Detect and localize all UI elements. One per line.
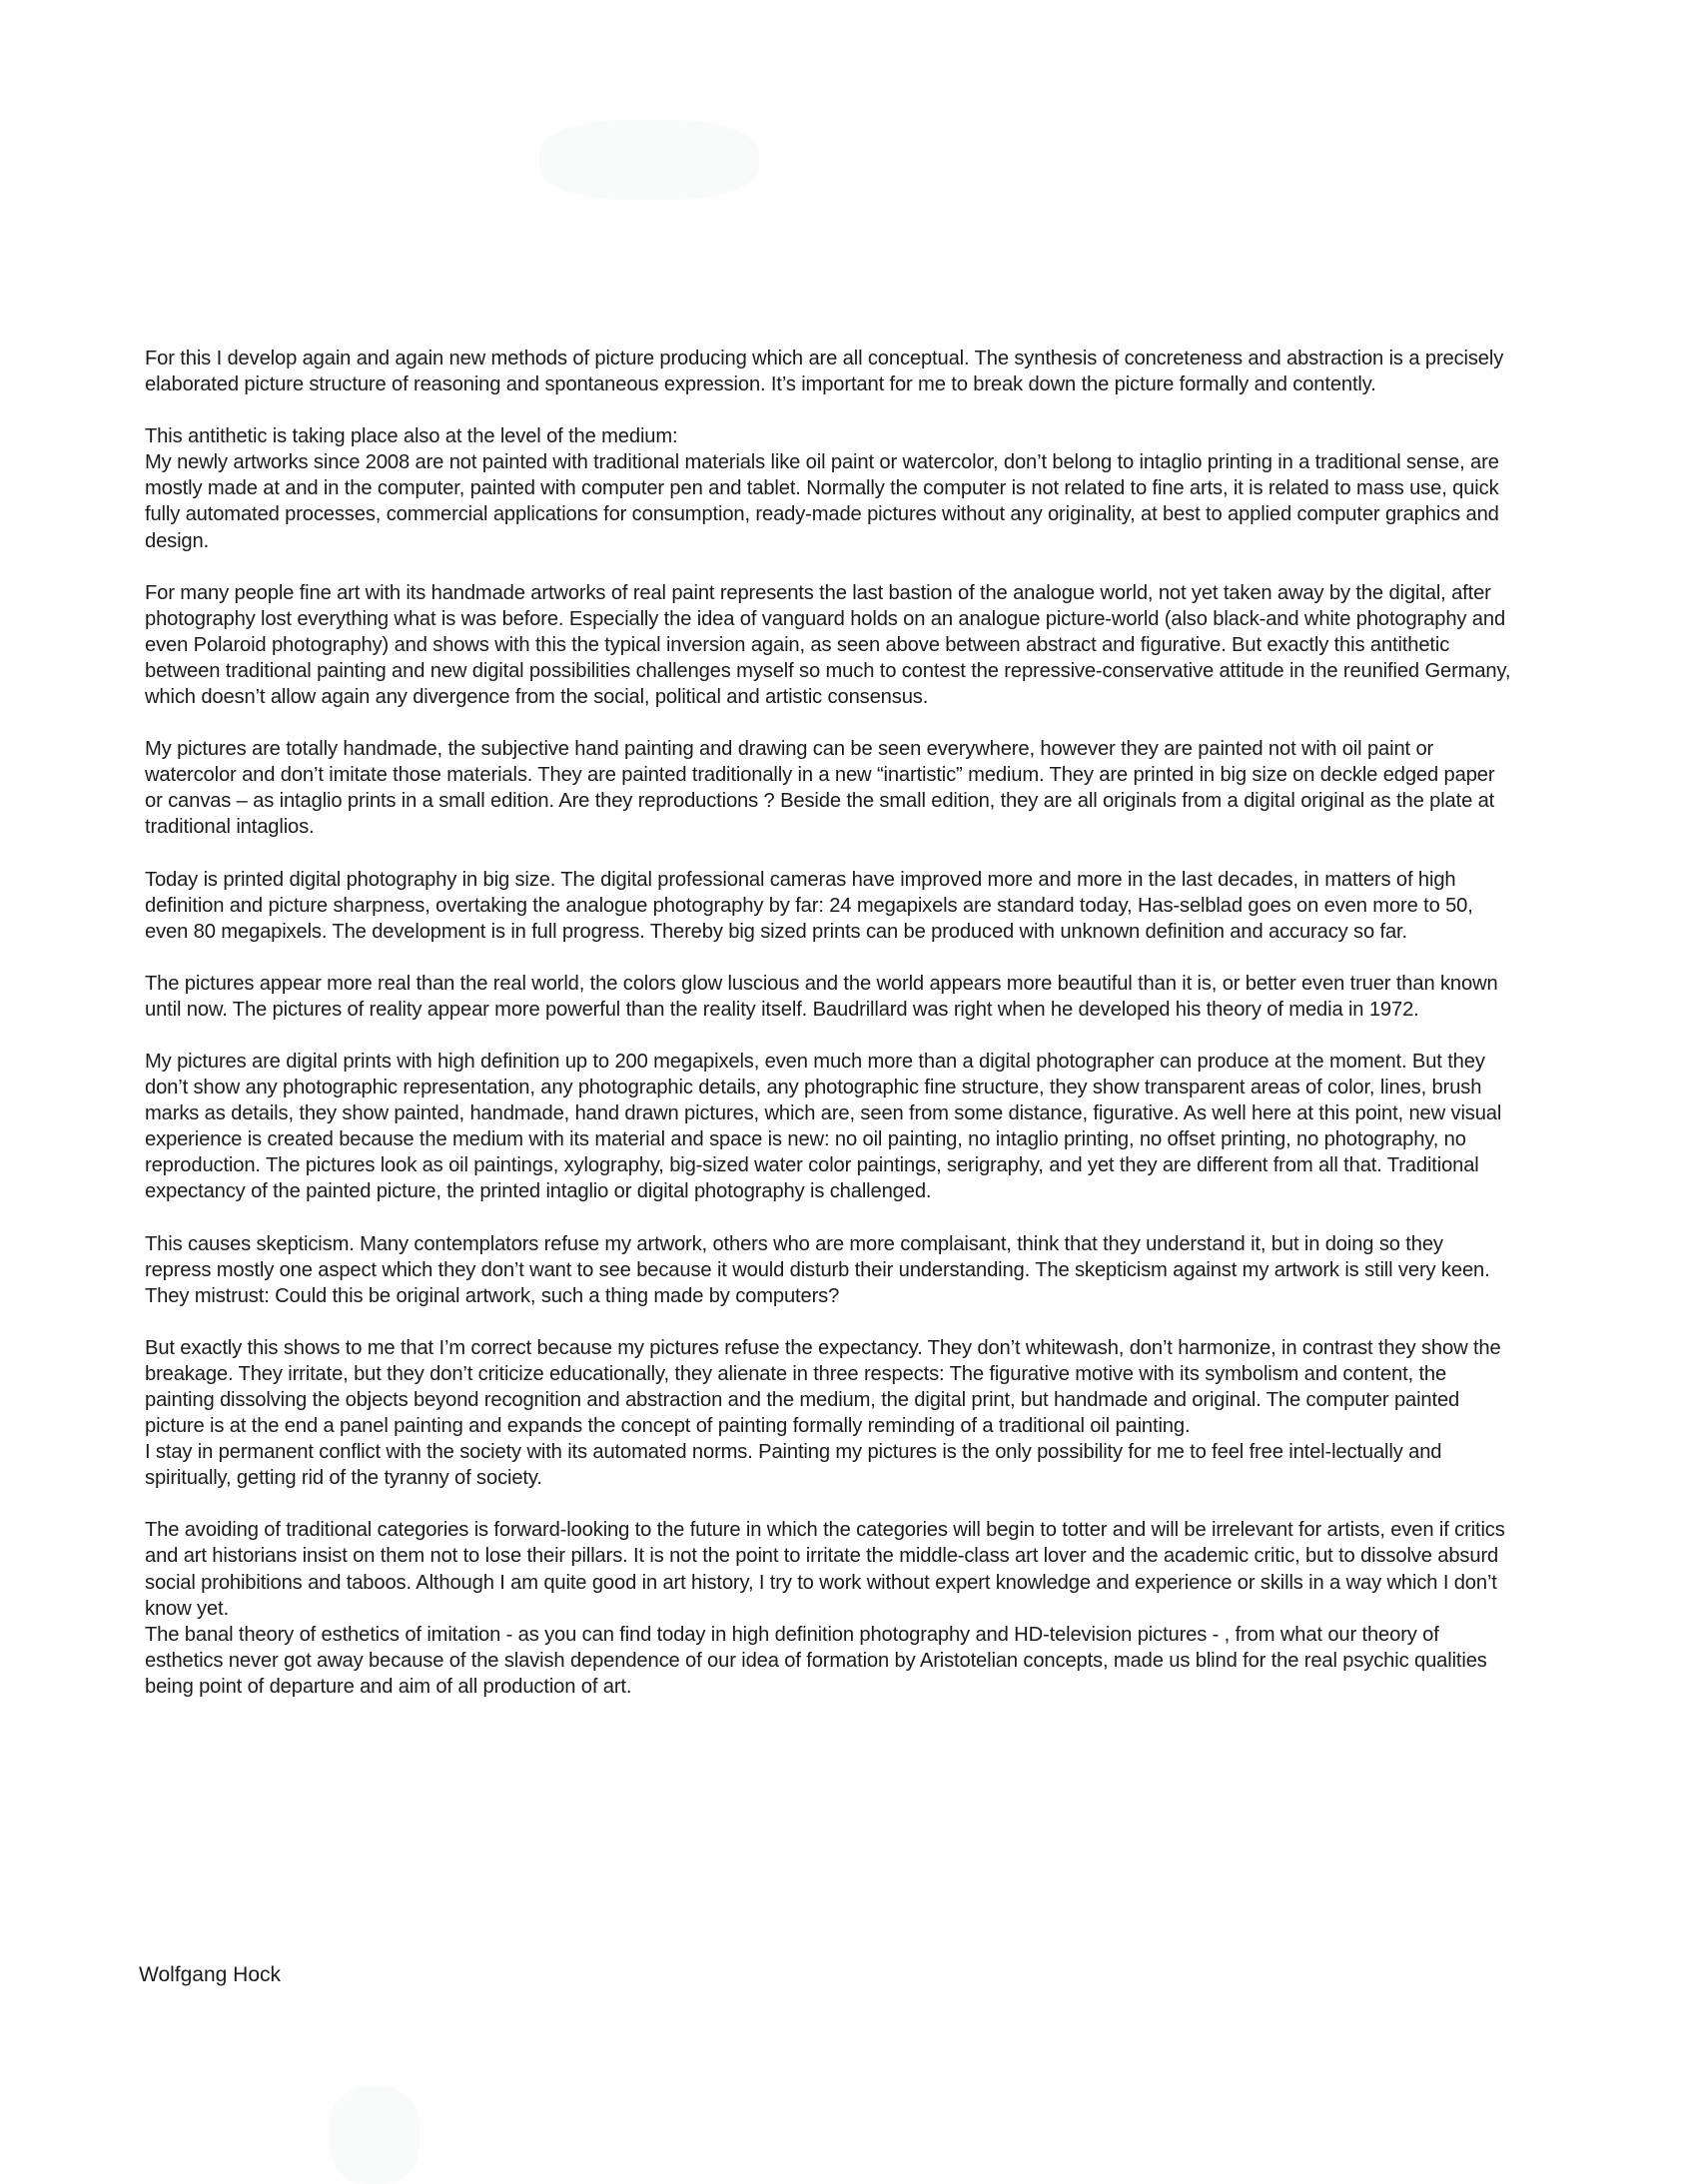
author-signature: Wolfgang Hock [139, 1963, 281, 1987]
scan-artifact [539, 120, 759, 200]
scan-artifact [330, 2087, 420, 2184]
paragraph-more-real: The pictures appear more real than the r… [145, 971, 1513, 1023]
paragraph-digital-photography: Today is printed digital photography in … [145, 867, 1513, 945]
body-text: For this I develop again and again new m… [145, 346, 1513, 1726]
paragraph-traditional-categories: The avoiding of traditional categories i… [145, 1517, 1513, 1700]
paragraph-analogue-bastion: For many people fine art with its handma… [145, 580, 1513, 710]
paragraph-conceptual-methods: For this I develop again and again new m… [145, 346, 1513, 397]
paragraph-skepticism: This causes skepticism. Many contemplato… [145, 1231, 1513, 1309]
paragraph-medium-antithetic: This antithetic is taking place also at … [145, 423, 1513, 553]
paragraph-handmade-pictures: My pictures are totally handmade, the su… [145, 736, 1513, 840]
scanned-page: For this I develop again and again new m… [0, 0, 1686, 2184]
paragraph-expectancy: But exactly this shows to me that I’m co… [145, 1335, 1513, 1492]
paragraph-digital-prints: My pictures are digital prints with high… [145, 1049, 1513, 1205]
